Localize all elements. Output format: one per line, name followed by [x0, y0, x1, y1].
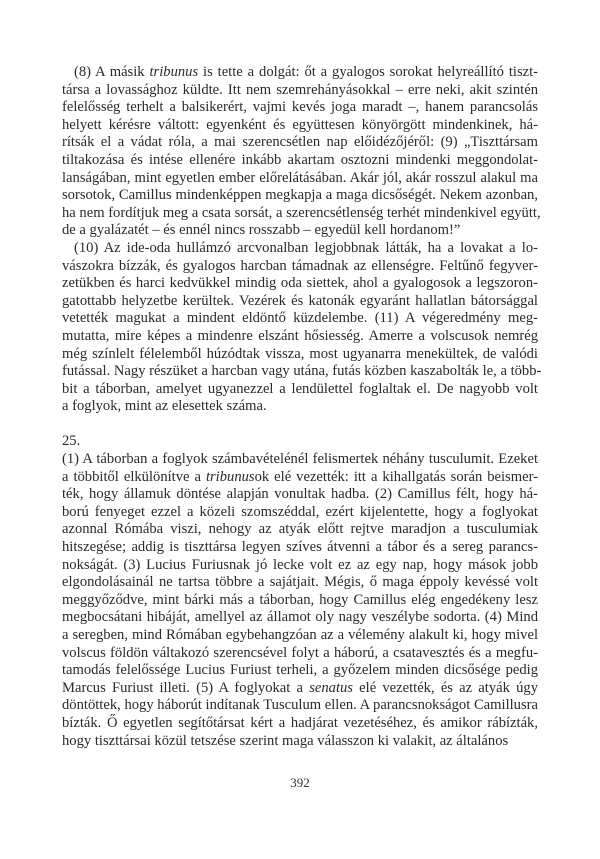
- page-number: 392: [0, 775, 600, 791]
- text-line: ború fenyeget ezzel a közeli szomszéddal…: [62, 504, 538, 522]
- paragraph-8: (8) A másik tribunus is tette a dolgát: …: [62, 64, 538, 240]
- text-line: bit a táborban, amelyet ugyanezzel a len…: [62, 381, 538, 399]
- text-line: vetették magukat a mindent eldöntő küzde…: [62, 310, 538, 328]
- text-line: döntöttek, hogy háborút indítanak Tuscul…: [62, 697, 538, 715]
- paragraph-10: (10) Az ide-oda hullámzó arcvonalban leg…: [62, 240, 538, 416]
- text-line: mutatta, mire képes a mindenre elszánt h…: [62, 328, 538, 346]
- text-line: rítsák el a vádat róla, a mai szerencsét…: [62, 134, 538, 152]
- section-heading: 25.: [62, 433, 538, 451]
- text-line: sorsotok, Camillus mindenképpen megkapja…: [62, 187, 538, 205]
- text-line: tamodás felelőssége Lucius Furiust terhe…: [62, 662, 538, 680]
- text-line: a seregben, mind Rómában egybehangzóan a…: [62, 627, 538, 645]
- text-line: futással. Nagy részüket a harcban vagy u…: [62, 363, 538, 381]
- text-line: zetükben és harci kedvükkel mindig oda s…: [62, 275, 538, 293]
- text-line: még színlelt félelemből húzódtak vissza,…: [62, 346, 538, 364]
- section-spacer: [62, 416, 538, 434]
- text-line: (1) A táborban a foglyok számbavételénél…: [62, 451, 538, 469]
- document-page: (8) A másik tribunus is tette a dolgát: …: [62, 64, 538, 750]
- text-line: (8) A másik tribunus is tette a dolgát: …: [62, 64, 538, 82]
- text-line: elgondolásainál ne tartsa többre a saját…: [62, 574, 538, 592]
- text-line: lanságában, mint egyetlen ember előrelát…: [62, 170, 538, 188]
- text-line: ha nem fordítjuk meg a csata sorsát, a s…: [62, 205, 538, 223]
- text-line: helyett kérésre váltott: egyenként és eg…: [62, 117, 538, 135]
- text-line: tiltakozása és intése ellenére inkább ak…: [62, 152, 538, 170]
- text-line: nokságát. (3) Lucius Furiusnak jó lecke …: [62, 557, 538, 575]
- text-line: volscus földön váltakozó szerencsével fo…: [62, 645, 538, 663]
- text-line: hitszegése; addig is tiszttársa legyen s…: [62, 539, 538, 557]
- text-line: ték, hogy államuk döntése alapján vonult…: [62, 486, 538, 504]
- text-line: hogy tiszttársai közül tetszése szerint …: [62, 733, 538, 751]
- text-line: (10) Az ide-oda hullámzó arcvonalban leg…: [62, 240, 538, 258]
- text-line: társa a lovassághoz küldte. Itt nem szem…: [62, 82, 538, 100]
- text-line: vászokra bízzák, és gyalogos harcban tám…: [62, 258, 538, 276]
- text-line: azonnal Rómába viszi, nehogy az atyák el…: [62, 521, 538, 539]
- text-line: Marcus Furiust illeti. (5) A foglyokat a…: [62, 680, 538, 698]
- text-line: bízták. Ő egyetlen segítőtársat kért a h…: [62, 715, 538, 733]
- text-line: meggyőződve, mint bárki más a táborban, …: [62, 592, 538, 610]
- text-line: a foglyok, mint az elesettek száma.: [62, 398, 538, 416]
- text-line: gatottabb helyzetbe kerültek. Vezérek és…: [62, 293, 538, 311]
- text-line: a többitől elkülönítve a tribunusok elé …: [62, 469, 538, 487]
- section-25-paragraph: (1) A táborban a foglyok számbavételénél…: [62, 451, 538, 750]
- text-line: felelősség terhelt a balsikerért, vajmi …: [62, 99, 538, 117]
- text-line: de a gyalázatét – és ennél nincs rosszab…: [62, 222, 538, 240]
- text-line: megbocsátani hibáját, amellyel az államo…: [62, 609, 538, 627]
